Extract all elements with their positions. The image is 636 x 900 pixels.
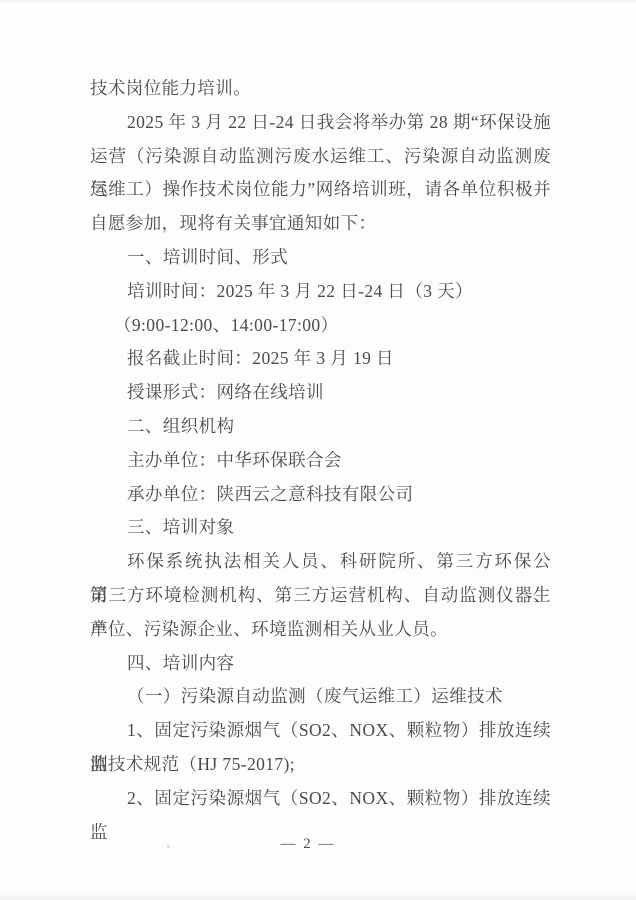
- para-intro-line: 自愿参加，现将有关事宜通知如下：: [90, 207, 551, 241]
- page-number: — 2 —: [0, 831, 616, 857]
- content-item-2-line: 2、固定污染源烟气（SO2、NOX、颗粒物）排放连续监: [90, 782, 551, 816]
- training-time-line: 培训时间：2025 年 3 月 22 日-24 日（3 天）: [90, 275, 551, 309]
- audience-line: 第三方环境检测机构、第三方运营机构、自动监测仪器生产: [90, 579, 551, 613]
- heading-section-2: 二、组织机构: [90, 410, 551, 444]
- scanned-document-page: 技术岗位能力培训。 2025 年 3 月 22 日-24 日我会将举办第 28 …: [0, 0, 636, 900]
- subheading-content-1: （一）污染源自动监测（废气运维工）运维技术: [90, 680, 551, 714]
- scan-artifact-top-edge: [0, 0, 636, 4]
- audience-line: 环保系统执法相关人员、科研院所、第三方环保公司、: [90, 545, 551, 579]
- teaching-format-line: 授课形式：网络在线培训: [90, 376, 551, 410]
- heading-section-4: 四、培训内容: [90, 647, 551, 681]
- registration-deadline-line: 报名截止时间：2025 年 3 月 19 日: [90, 342, 551, 376]
- heading-section-1: 一、培训时间、形式: [90, 241, 551, 275]
- content-item-1-line: 测技术规范（HJ 75-2017);: [90, 748, 551, 782]
- audience-line: 单位、污染源企业、环境监测相关从业人员。: [90, 613, 551, 647]
- training-hours-line: （9:00-12:00、14:00-17:00）: [90, 309, 551, 343]
- content-item-1-line: 1、固定污染源烟气（SO2、NOX、颗粒物）排放连续监: [90, 714, 551, 748]
- host-unit-line: 主办单位：中华环保联合会: [90, 444, 551, 478]
- para-intro-line: 运营（污染源自动监测污废水运维工、污染源自动监测废气: [90, 140, 551, 174]
- para-intro-line: 运维工）操作技术岗位能力”网络培训班，请各单位积极并: [90, 173, 551, 207]
- document-body: 技术岗位能力培训。 2025 年 3 月 22 日-24 日我会将举办第 28 …: [90, 72, 551, 816]
- para-intro-line: 2025 年 3 月 22 日-24 日我会将举办第 28 期“环保设施: [90, 106, 551, 140]
- scan-artifact-bottom-edge: [0, 892, 636, 900]
- para-continuation-line: 技术岗位能力培训。: [90, 72, 551, 106]
- organizer-unit-line: 承办单位：陕西云之意科技有限公司: [90, 478, 551, 512]
- heading-section-3: 三、培训对象: [90, 511, 551, 545]
- scan-artifact-speck: [167, 845, 170, 848]
